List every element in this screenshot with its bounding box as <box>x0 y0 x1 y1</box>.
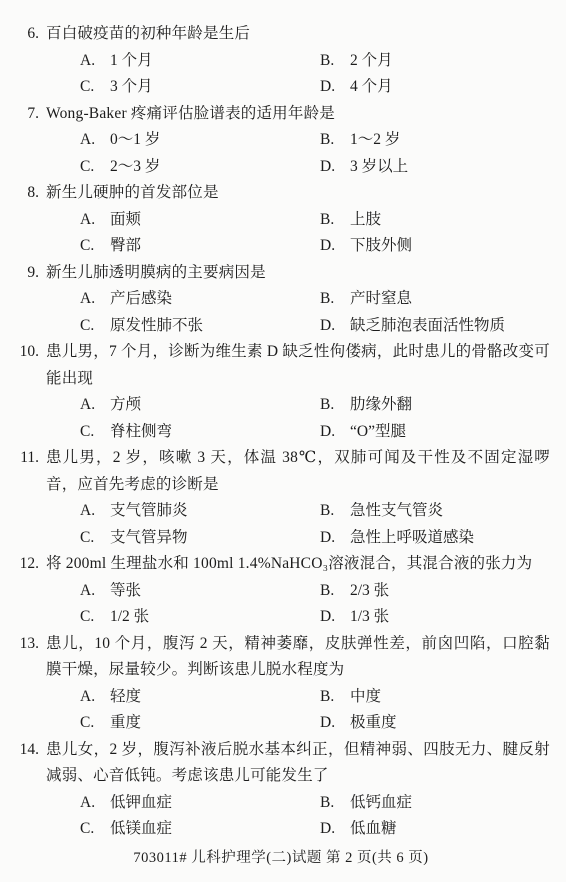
option-a: A.0～1 岁 <box>80 127 320 154</box>
option-text: 1/2 张 <box>110 608 149 625</box>
option-a: A.面颊 <box>80 207 320 234</box>
question: 8. 新生儿硬肿的首发部位是 A.面颊B.上肢C.臀部D.下肢外侧 <box>12 180 550 260</box>
option-text: 低镁血症 <box>110 820 172 837</box>
option-text: 2～3 岁 <box>110 158 160 175</box>
question-stem: 百白破疫苗的初种年龄是生后 <box>46 21 550 48</box>
question: 7. Wong-Baker 疼痛评估脸谱表的适用年龄是 A.0～1 岁B.1～2… <box>12 101 550 181</box>
option-letter: B. <box>320 684 341 711</box>
question-stem: Wong-Baker 疼痛评估脸谱表的适用年龄是 <box>46 101 550 128</box>
option-b: B.产时窒息 <box>320 286 550 313</box>
option-c: C.低镁血症 <box>80 816 320 843</box>
question-list: 6. 百白破疫苗的初种年龄是生后 A.1 个月B.2 个月C.3 个月D.4 个… <box>12 21 550 843</box>
option-letter: C. <box>80 74 101 101</box>
option-text: 3 个月 <box>110 78 153 95</box>
question-stem: 患儿女，2 岁，腹泻补液后脱水基本纠正，但精神弱、四肢无力、腱反射减弱、心音低钝… <box>46 737 550 790</box>
option-d: D.3 岁以上 <box>320 154 550 181</box>
option-text: 极重度 <box>350 714 397 731</box>
option-d: D.极重度 <box>320 710 550 737</box>
option-text: 1/3 张 <box>350 608 389 625</box>
option-text: 0～1 岁 <box>110 131 160 148</box>
option-d: D.急性上呼吸道感染 <box>320 525 550 552</box>
question-number: 7. <box>12 101 39 128</box>
question-stem: 新生儿肺透明膜病的主要病因是 <box>46 260 550 287</box>
option-b: B.急性支气管炎 <box>320 498 550 525</box>
option-text: 面颊 <box>110 211 141 228</box>
option-letter: A. <box>80 684 101 711</box>
option-a: A.产后感染 <box>80 286 320 313</box>
option-b: B.低钙血症 <box>320 790 550 817</box>
option-text: 原发性肺不张 <box>110 317 203 334</box>
option-a: A.方颅 <box>80 392 320 419</box>
option-d: D.“O”型腿 <box>320 419 550 446</box>
option-letter: B. <box>320 392 341 419</box>
option-c: C.支气管异物 <box>80 525 320 552</box>
question-number: 11. <box>12 445 39 472</box>
option-a: A.支气管肺炎 <box>80 498 320 525</box>
question-stem: 新生儿硬肿的首发部位是 <box>46 180 550 207</box>
option-text: 肋缘外翻 <box>350 396 412 413</box>
option-text: 产时窒息 <box>350 290 412 307</box>
option-c: C.脊柱侧弯 <box>80 419 320 446</box>
option-text: 急性支气管炎 <box>350 502 443 519</box>
option-text: 脊柱侧弯 <box>110 423 172 440</box>
question-stem: 患儿男，7 个月，诊断为维生素 D 缺乏性佝偻病，此时患儿的骨骼改变可能出现 <box>46 339 550 392</box>
option-letter: A. <box>80 578 101 605</box>
option-text: 中度 <box>350 688 381 705</box>
question-number: 9. <box>12 260 39 287</box>
option-c: C.2～3 岁 <box>80 154 320 181</box>
option-letter: C. <box>80 816 101 843</box>
option-letter: A. <box>80 48 101 75</box>
option-letter: D. <box>320 604 341 631</box>
option-letter: C. <box>80 154 101 181</box>
question-number: 10. <box>12 339 39 366</box>
options-grid: A.支气管肺炎B.急性支气管炎C.支气管异物D.急性上呼吸道感染 <box>80 498 550 551</box>
option-letter: A. <box>80 286 101 313</box>
option-letter: C. <box>80 313 101 340</box>
question-number: 8. <box>12 180 39 207</box>
option-text: 2/3 张 <box>350 582 389 599</box>
question-number: 6. <box>12 21 39 48</box>
option-letter: C. <box>80 419 101 446</box>
option-letter: D. <box>320 816 341 843</box>
question: 6. 百白破疫苗的初种年龄是生后 A.1 个月B.2 个月C.3 个月D.4 个… <box>12 21 550 101</box>
option-letter: A. <box>80 392 101 419</box>
option-text: 产后感染 <box>110 290 172 307</box>
option-letter: B. <box>320 48 341 75</box>
option-text: 下肢外侧 <box>350 237 412 254</box>
option-text: 2 个月 <box>350 52 393 69</box>
option-d: D.下肢外侧 <box>320 233 550 260</box>
options-grid: A.0～1 岁B.1～2 岁C.2～3 岁D.3 岁以上 <box>80 127 550 180</box>
options-grid: A.轻度B.中度C.重度D.极重度 <box>80 684 550 737</box>
question-stem: 患儿男，2 岁，咳嗽 3 天，体温 38℃，双肺可闻及干性及不固定湿啰音，应首先… <box>46 445 550 498</box>
option-b: B.2 个月 <box>320 48 550 75</box>
question-stem: 患儿，10 个月，腹泻 2 天，精神萎靡，皮肤弹性差，前囟凹陷，口腔黏膜干燥，尿… <box>46 631 550 684</box>
options-grid: A.方颅B.肋缘外翻C.脊柱侧弯D.“O”型腿 <box>80 392 550 445</box>
option-text: “O”型腿 <box>350 423 406 440</box>
option-c: C.原发性肺不张 <box>80 313 320 340</box>
options-grid: A.面颊B.上肢C.臀部D.下肢外侧 <box>80 207 550 260</box>
option-text: 4 个月 <box>350 78 393 95</box>
option-letter: B. <box>320 207 341 234</box>
option-letter: D. <box>320 419 341 446</box>
option-letter: D. <box>320 154 341 181</box>
option-letter: B. <box>320 127 341 154</box>
option-letter: A. <box>80 790 101 817</box>
option-a: A.轻度 <box>80 684 320 711</box>
option-d: D.4 个月 <box>320 74 550 101</box>
option-c: C.臀部 <box>80 233 320 260</box>
options-grid: A.产后感染B.产时窒息C.原发性肺不张D.缺乏肺泡表面活性物质 <box>80 286 550 339</box>
option-text: 急性上呼吸道感染 <box>350 529 474 546</box>
exam-page: 6. 百白破疫苗的初种年龄是生后 A.1 个月B.2 个月C.3 个月D.4 个… <box>0 0 566 882</box>
page-footer: 703011# 儿科护理学(二)试题 第 2 页(共 6 页) <box>12 845 550 871</box>
option-letter: D. <box>320 233 341 260</box>
option-letter: A. <box>80 207 101 234</box>
option-b: B.2/3 张 <box>320 578 550 605</box>
question-number: 12. <box>12 551 39 578</box>
option-text: 3 岁以上 <box>350 158 408 175</box>
option-text: 方颅 <box>110 396 141 413</box>
question-number: 14. <box>12 737 39 764</box>
option-letter: A. <box>80 498 101 525</box>
option-letter: C. <box>80 604 101 631</box>
option-b: B.肋缘外翻 <box>320 392 550 419</box>
option-a: A.低钾血症 <box>80 790 320 817</box>
option-letter: A. <box>80 127 101 154</box>
question: 11. 患儿男，2 岁，咳嗽 3 天，体温 38℃，双肺可闻及干性及不固定湿啰音… <box>12 445 550 551</box>
question: 9. 新生儿肺透明膜病的主要病因是 A.产后感染B.产时窒息C.原发性肺不张D.… <box>12 260 550 340</box>
option-text: 低钾血症 <box>110 794 172 811</box>
option-b: B.上肢 <box>320 207 550 234</box>
option-letter: C. <box>80 233 101 260</box>
option-a: A.1 个月 <box>80 48 320 75</box>
option-letter: D. <box>320 74 341 101</box>
option-text: 轻度 <box>110 688 141 705</box>
option-letter: D. <box>320 710 341 737</box>
option-c: C.3 个月 <box>80 74 320 101</box>
option-d: D.1/3 张 <box>320 604 550 631</box>
option-letter: D. <box>320 525 341 552</box>
option-letter: B. <box>320 790 341 817</box>
option-a: A.等张 <box>80 578 320 605</box>
option-letter: D. <box>320 313 341 340</box>
question: 14. 患儿女，2 岁，腹泻补液后脱水基本纠正，但精神弱、四肢无力、腱反射减弱、… <box>12 737 550 843</box>
option-text: 上肢 <box>350 211 381 228</box>
option-text: 低钙血症 <box>350 794 412 811</box>
options-grid: A.1 个月B.2 个月C.3 个月D.4 个月 <box>80 48 550 101</box>
options-grid: A.等张B.2/3 张C.1/2 张D.1/3 张 <box>80 578 550 631</box>
option-c: C.重度 <box>80 710 320 737</box>
option-text: 缺乏肺泡表面活性物质 <box>350 317 505 334</box>
option-text: 1～2 岁 <box>350 131 400 148</box>
option-text: 支气管异物 <box>110 529 188 546</box>
option-letter: C. <box>80 525 101 552</box>
question: 13. 患儿，10 个月，腹泻 2 天，精神萎靡，皮肤弹性差，前囟凹陷，口腔黏膜… <box>12 631 550 737</box>
question: 10. 患儿男，7 个月，诊断为维生素 D 缺乏性佝偻病，此时患儿的骨骼改变可能… <box>12 339 550 445</box>
question: 12. 将 200ml 生理盐水和 100ml 1.4%NaHCO₃溶液混合，其… <box>12 551 550 631</box>
option-d: D.缺乏肺泡表面活性物质 <box>320 313 550 340</box>
option-c: C.1/2 张 <box>80 604 320 631</box>
option-text: 1 个月 <box>110 52 153 69</box>
option-letter: B. <box>320 498 341 525</box>
option-text: 低血糖 <box>350 820 397 837</box>
option-b: B.1～2 岁 <box>320 127 550 154</box>
option-letter: B. <box>320 578 341 605</box>
option-letter: B. <box>320 286 341 313</box>
option-text: 重度 <box>110 714 141 731</box>
option-text: 等张 <box>110 582 141 599</box>
question-number: 13. <box>12 631 39 658</box>
question-stem: 将 200ml 生理盐水和 100ml 1.4%NaHCO₃溶液混合，其混合液的… <box>46 551 550 578</box>
option-text: 臀部 <box>110 237 141 254</box>
option-letter: C. <box>80 710 101 737</box>
option-b: B.中度 <box>320 684 550 711</box>
option-text: 支气管肺炎 <box>110 502 188 519</box>
option-d: D.低血糖 <box>320 816 550 843</box>
options-grid: A.低钾血症B.低钙血症C.低镁血症D.低血糖 <box>80 790 550 843</box>
